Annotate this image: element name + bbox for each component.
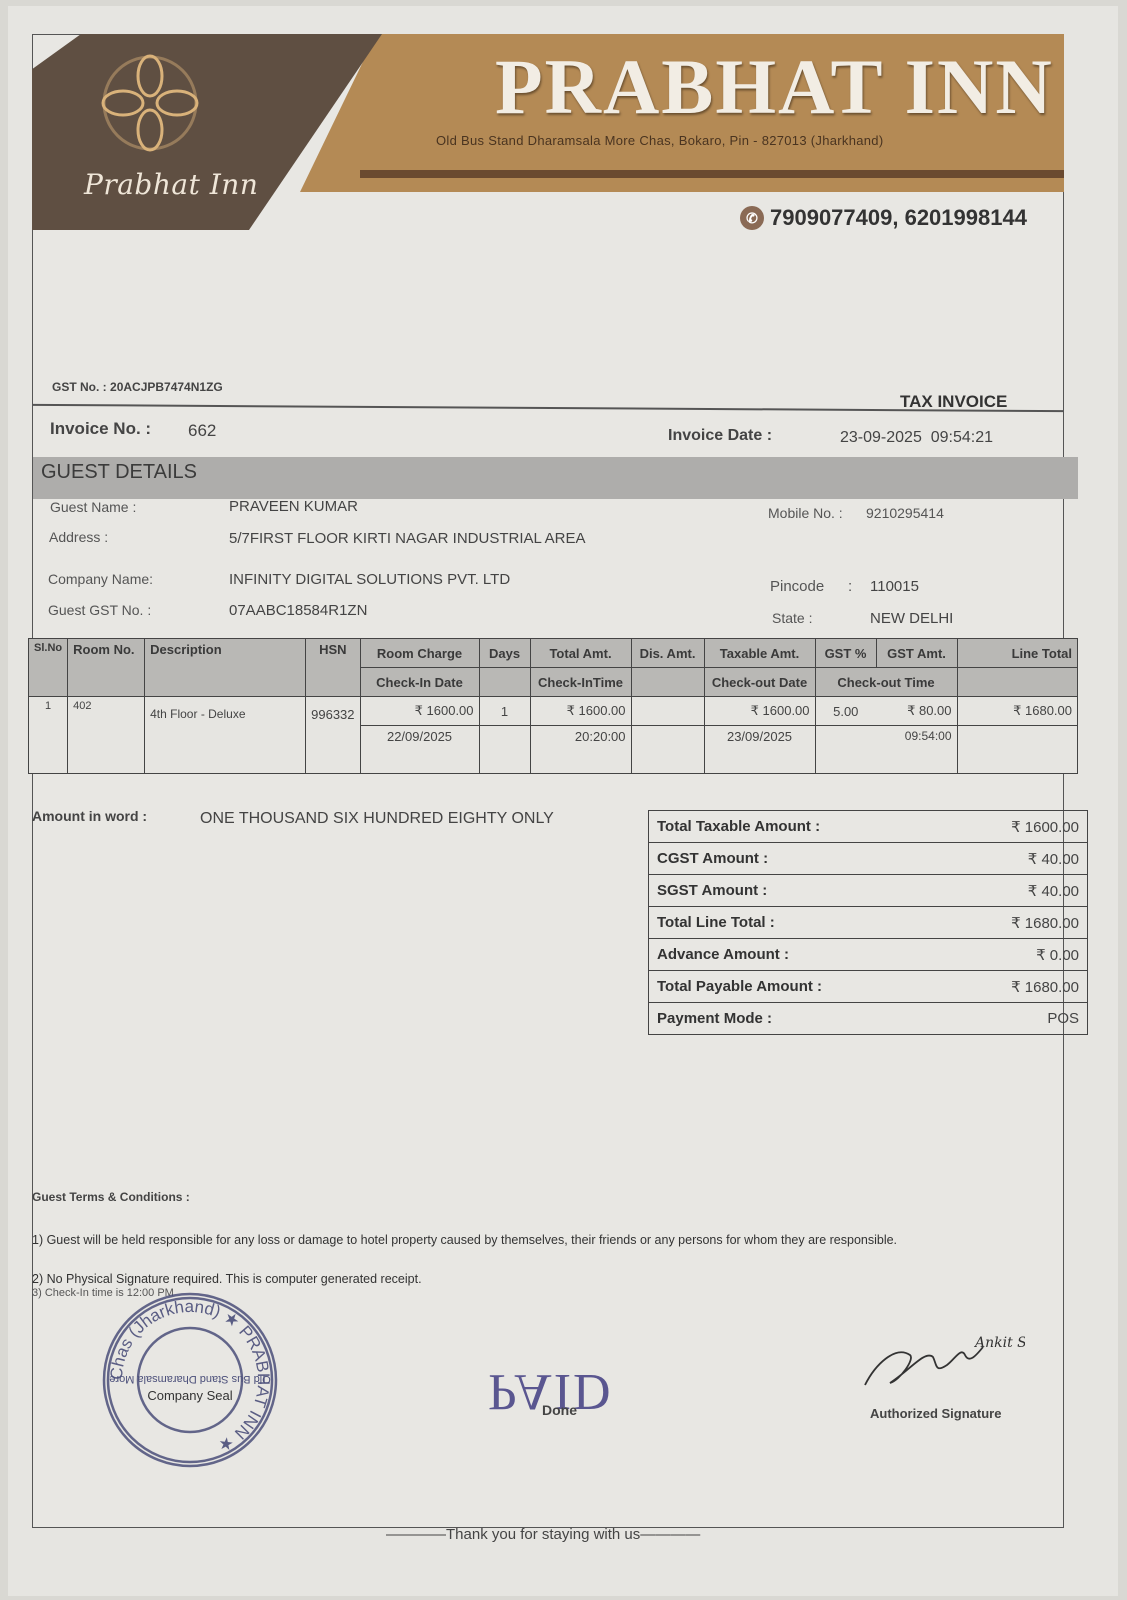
signature-icon: Ankit Sah [855, 1325, 1025, 1395]
totals-label: Payment Mode : [649, 1003, 949, 1035]
cell-gst-pct: 5.00 [815, 697, 876, 726]
guest-gst-label: Guest GST No. : [48, 602, 151, 618]
col-gst-pct: GST % [815, 639, 876, 668]
authorized-signature-label: Authorized Signature [870, 1406, 1001, 1421]
invoice-date-label: Invoice Date : [668, 427, 772, 445]
totals-row: Payment Mode :POS [649, 1003, 1088, 1035]
cell-line-total: ₹ 1680.00 [957, 697, 1077, 726]
signature-text: Ankit Sah [973, 1335, 1025, 1351]
col-room-no: Room No. [68, 639, 145, 697]
invoice-date-value: 23-09-2025 09:54:21 [840, 429, 993, 447]
guest-name-label: Guest Name : [50, 499, 136, 515]
gst-value: 20ACJPB7474N1ZG [110, 380, 223, 394]
hotel-address: Old Bus Stand Dharamsala More Chas, Boka… [436, 133, 883, 148]
col-line-total: Line Total [957, 639, 1077, 668]
totals-label: SGST Amount : [649, 875, 949, 907]
company-label: Company Name: [48, 571, 153, 587]
cell-hsn: 996332 [306, 697, 360, 774]
col-blank [957, 668, 1077, 697]
col-gst-amt: GST Amt. [876, 639, 957, 668]
totals-label: CGST Amount : [649, 843, 949, 875]
header-stripe [360, 170, 1064, 178]
totals-label: Total Taxable Amount : [649, 811, 949, 843]
col-blank [631, 668, 704, 697]
gst-label: GST No. : [52, 380, 107, 394]
cell-sl-no: 1 [29, 697, 68, 774]
col-hsn: HSN [306, 639, 360, 697]
hotel-name: PRABHAT INN [495, 42, 1054, 132]
totals-value: ₹ 1600.00 [948, 811, 1087, 843]
col-taxable-amt: Taxable Amt. [704, 639, 815, 668]
cell-blank [631, 726, 704, 774]
cell-dis-amt [631, 697, 704, 726]
pincode-separator: : [848, 578, 852, 595]
cell-taxable-amt: ₹ 1600.00 [704, 697, 815, 726]
state-label: State : [772, 610, 812, 626]
terms-title: Guest Terms & Conditions : [32, 1190, 190, 1204]
cell-total-amt: ₹ 1600.00 [530, 697, 631, 726]
logo-text: Prabhat Inn [84, 168, 258, 201]
col-check-out-date: Check-out Date [704, 668, 815, 697]
phone-icon: ✆ [740, 206, 764, 230]
guest-gst-value: 07AABC18584R1ZN [229, 602, 367, 619]
cell-description: 4th Floor - Deluxe [145, 697, 306, 774]
term-item: 1) Guest will be held responsible for an… [32, 1232, 1032, 1248]
amount-in-word-label: Amount in word : [32, 808, 147, 824]
col-dis-amt: Dis. Amt. [631, 639, 704, 668]
col-check-out-time: Check-out Time [815, 668, 957, 697]
col-days: Days [479, 639, 530, 668]
invoice-number-label: Invoice No. : [50, 419, 151, 439]
line-items-table: Sl.No Room No. Description HSN Room Char… [28, 638, 1078, 774]
cell-gst-amt: ₹ 80.00 [876, 697, 957, 726]
hotel-logo-icon [95, 48, 205, 158]
hotel-phones: ✆ 7909077409, 6201998144 [740, 205, 1027, 231]
cell-check-out-time: 09:54:00 [815, 726, 957, 774]
totals-label: Total Payable Amount : [649, 971, 949, 1003]
totals-value: ₹ 1680.00 [948, 971, 1087, 1003]
cell-room-no: 402 [68, 697, 145, 774]
col-check-in-date: Check-In Date [360, 668, 479, 697]
col-check-in-time: Check-InTime [530, 668, 631, 697]
address-value: 5/7FIRST FLOOR KIRTI NAGAR INDUSTRIAL AR… [229, 530, 585, 547]
totals-label: Total Line Total : [649, 907, 949, 939]
totals-row: Total Payable Amount :₹ 1680.00 [649, 971, 1088, 1003]
cell-days: 1 [479, 697, 530, 726]
totals-value: ₹ 40.00 [948, 843, 1087, 875]
col-room-charge: Room Charge [360, 639, 479, 668]
cell-check-in-date: 22/09/2025 [360, 726, 479, 774]
col-blank [479, 668, 530, 697]
col-total-amt: Total Amt. [530, 639, 631, 668]
hotel-gst-number: GST No. : 20ACJPB7474N1ZG [52, 380, 223, 394]
totals-value: POS [948, 1003, 1087, 1035]
cell-blank [957, 726, 1077, 774]
footer-thanks: ————Thank you for staying with us———— [386, 1526, 700, 1543]
company-value: INFINITY DIGITAL SOLUTIONS PVT. LTD [229, 571, 510, 588]
table-row: 1 402 4th Floor - Deluxe 996332 ₹ 1600.0… [29, 697, 1078, 726]
cell-check-in-time: 20:20:00 [530, 726, 631, 774]
totals-label: Advance Amount : [649, 939, 949, 971]
totals-table: Total Taxable Amount :₹ 1600.00CGST Amou… [648, 810, 1088, 1035]
cell-blank [479, 726, 530, 774]
cell-room-charge: ₹ 1600.00 [360, 697, 479, 726]
totals-value: ₹ 0.00 [948, 939, 1087, 971]
totals-row: SGST Amount :₹ 40.00 [649, 875, 1088, 907]
totals-row: Advance Amount :₹ 0.00 [649, 939, 1088, 971]
term-item: 2) No Physical Signature required. This … [32, 1272, 422, 1286]
totals-value: ₹ 40.00 [948, 875, 1087, 907]
col-sl-no: Sl.No [29, 639, 68, 697]
mobile-value: 9210295414 [866, 505, 944, 521]
totals-row: Total Line Total :₹ 1680.00 [649, 907, 1088, 939]
amount-in-word-value: ONE THOUSAND SIX HUNDRED EIGHTY ONLY [200, 810, 554, 828]
done-label: Done [542, 1402, 577, 1418]
pincode-label: Pincode [770, 578, 824, 595]
totals-row: CGST Amount :₹ 40.00 [649, 843, 1088, 875]
pincode-value: 110015 [870, 578, 919, 595]
section-title: GUEST DETAILS [41, 461, 197, 484]
invoice-number-value: 662 [188, 421, 216, 441]
address-label: Address : [49, 529, 108, 545]
state-value: NEW DELHI [870, 610, 953, 627]
totals-value: ₹ 1680.00 [948, 907, 1087, 939]
phone-numbers: 7909077409, 6201998144 [770, 205, 1027, 231]
col-description: Description [145, 639, 306, 697]
seal-inner-text: Old Bus Stand Dharamsala More [109, 1373, 270, 1385]
guest-name-value: PRAVEEN KUMAR [229, 498, 358, 515]
guest-details-header: GUEST DETAILS [33, 457, 1078, 499]
mobile-label: Mobile No. : [768, 505, 843, 521]
cell-check-out-date: 23/09/2025 [704, 726, 815, 774]
seal-label: Company Seal [147, 1388, 232, 1403]
company-seal-stamp: Chas (Jharkhand) ★ PRABHAT INN ★ Old Bus… [100, 1290, 280, 1470]
totals-row: Total Taxable Amount :₹ 1600.00 [649, 811, 1088, 843]
